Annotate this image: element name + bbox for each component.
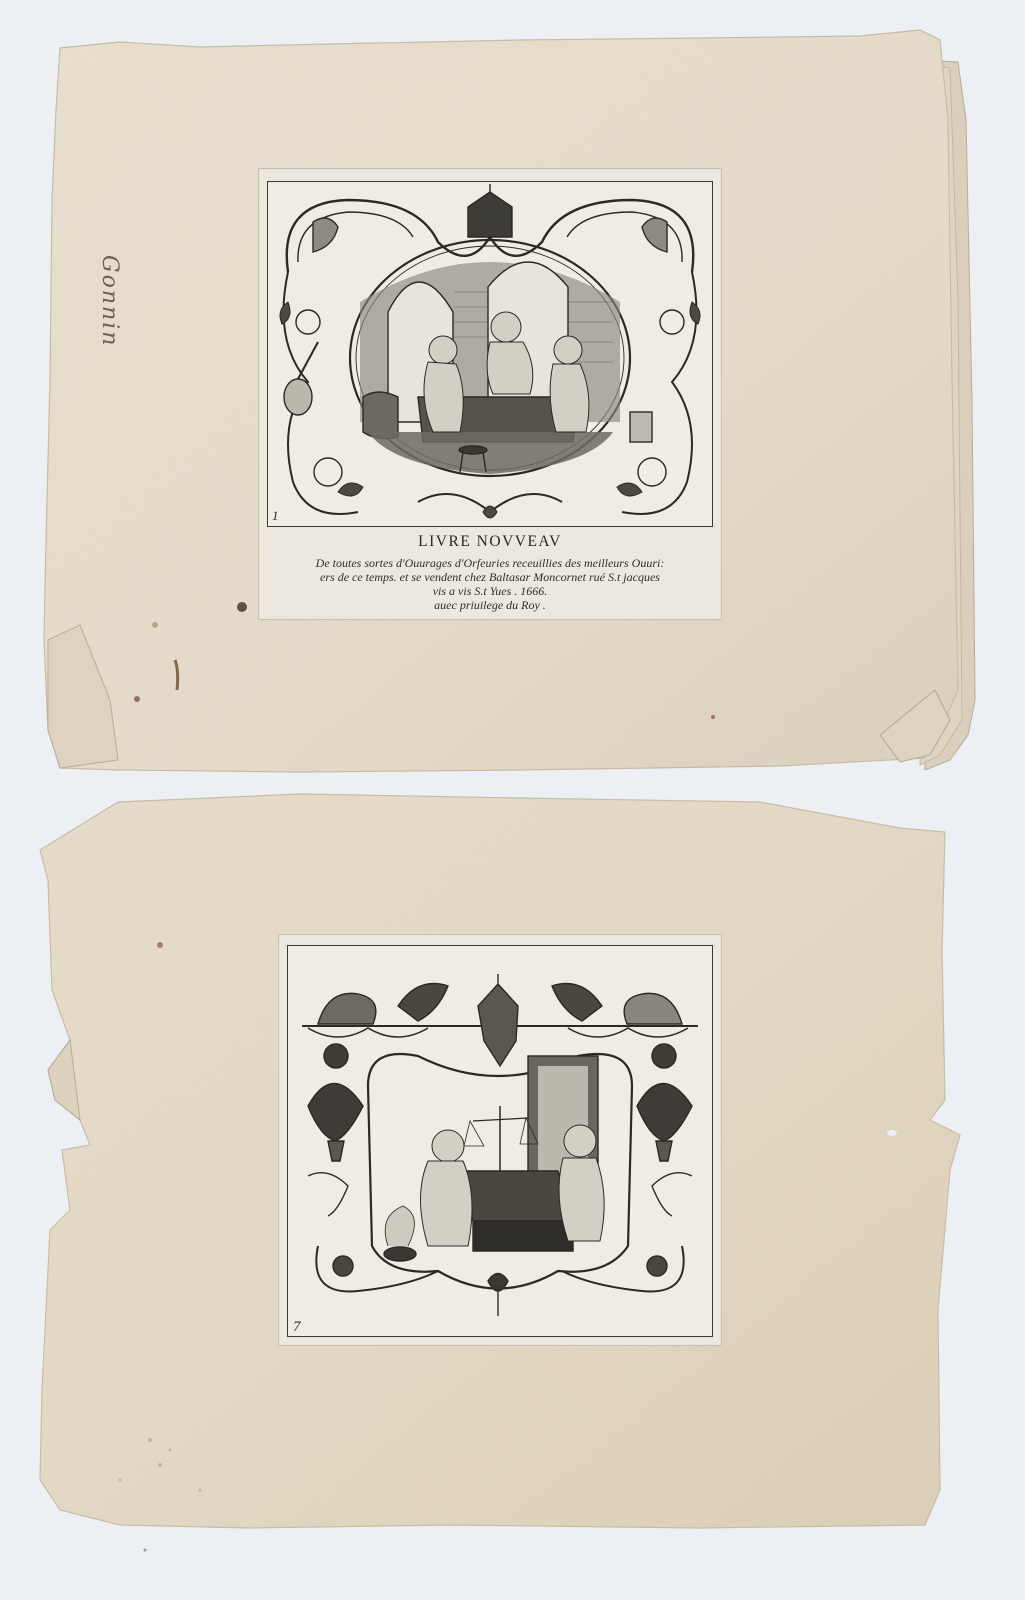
bottom-paper-sheet: 7: [0, 790, 1025, 1600]
caption-line-4: auec priuilege du Roy .: [259, 599, 721, 612]
bottom-plate-border: 7: [287, 945, 713, 1337]
top-plate-border: 1: [267, 181, 713, 527]
plate-number: 7: [293, 1319, 301, 1336]
bottom-plate-impression: 7: [278, 934, 722, 1346]
caption-line-3: vis a vis S.t Yues . 1666.: [259, 585, 721, 598]
goldsmith-workshop-engraving: [268, 182, 712, 526]
plate-title: LIVRE NOVVEAV: [259, 533, 721, 551]
plate-number: 1: [272, 508, 279, 524]
handwritten-annotation: Gonnin: [97, 255, 122, 347]
top-plate-impression: 1 LIVRE NOVVEAV De toutes sortes d'Ouura…: [258, 168, 722, 620]
caption-line-2: ers de ce temps. et se vendent chez Balt…: [259, 571, 721, 584]
caption-line-1: De toutes sortes d'Ouurages d'Orfeuries …: [259, 557, 721, 570]
assayer-workshop-engraving: [288, 946, 712, 1336]
top-paper-sheet: Gonnin: [0, 0, 1025, 800]
